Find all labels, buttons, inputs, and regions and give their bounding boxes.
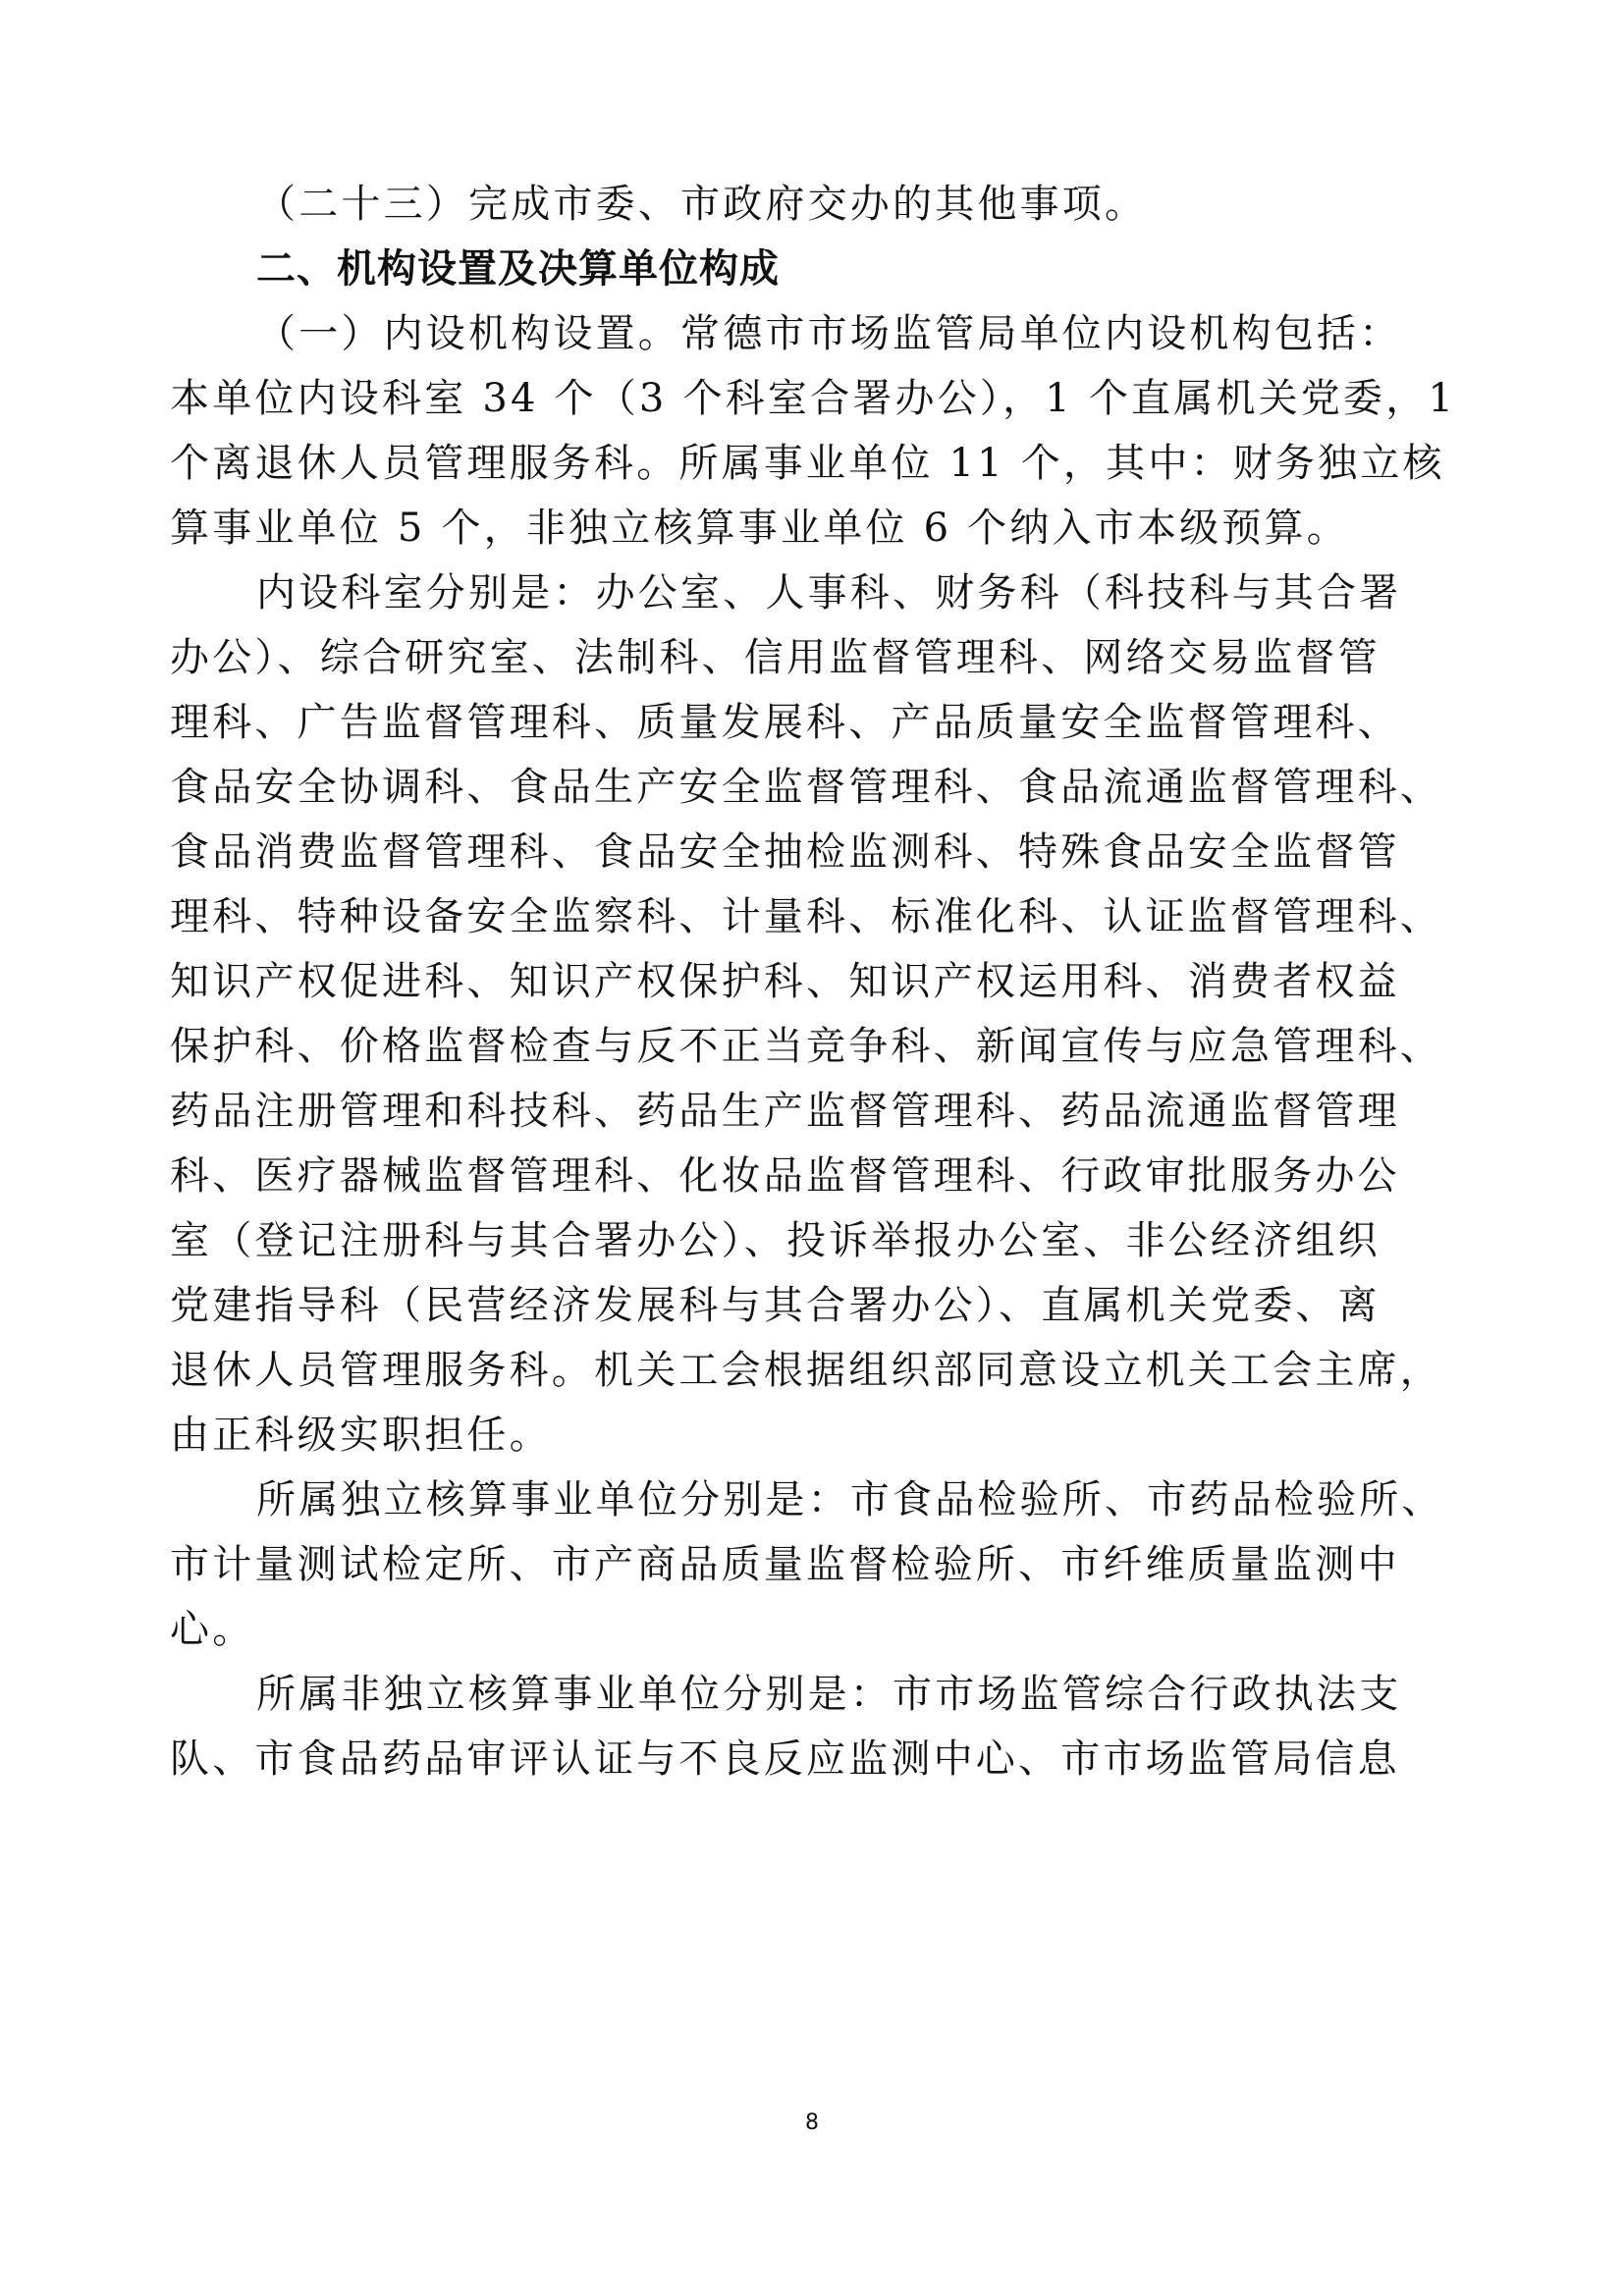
- document-page: （二十三）完成市委、市政府交办的其他事项。二、机构设置及决算单位构成（一）内设机…: [0, 0, 1624, 2296]
- text-line: 算事业单位 5 个，非独立核算事业单位 6 个纳入市本级预算。: [170, 496, 1462, 561]
- text-line: 保护科、价格监督检查与反不正当竞争科、新闻宣传与应急管理科、: [170, 1014, 1462, 1079]
- text-line: （一）内设机构设置。常德市市场监管局单位内设机构包括：: [170, 301, 1462, 366]
- text-line: 科、医疗器械监督管理科、化妆品监督管理科、行政审批服务办公: [170, 1144, 1462, 1208]
- text-line: 队、市食品药品审评认证与不良反应监测中心、市市场监管局信息: [170, 1727, 1462, 1791]
- text-line: 市计量测试检定所、市产商品质量监督检验所、市纤维质量监测中: [170, 1532, 1462, 1597]
- text-line: 食品消费监督管理科、食品安全抽检监测科、特殊食品安全监督管: [170, 820, 1462, 884]
- text-line: 知识产权促进科、知识产权保护科、知识产权运用科、消费者权益: [170, 949, 1462, 1014]
- text-line: 内设科室分别是：办公室、人事科、财务科（科技科与其合署: [170, 561, 1462, 625]
- text-line: 理科、广告监督管理科、质量发展科、产品质量安全监督管理科、: [170, 690, 1462, 755]
- text-line: 办公）、综合研究室、法制科、信用监督管理科、网络交易监督管: [170, 625, 1462, 690]
- text-line: 退休人员管理服务科。机关工会根据组织部同意设立机关工会主席，: [170, 1338, 1462, 1403]
- text-line: 党建指导科（民营经济发展科与其合署办公）、直属机关党委、离: [170, 1273, 1462, 1338]
- page-number: 8: [0, 2110, 1624, 2135]
- text-line: 心。: [170, 1597, 1462, 1662]
- text-line: 理科、特种设备安全监察科、计量科、标准化科、认证监督管理科、: [170, 884, 1462, 949]
- text-line: 本单位内设科室 34 个（3 个科室合署办公），1 个直属机关党委，1: [170, 366, 1462, 431]
- text-line: 所属独立核算事业单位分别是：市食品检验所、市药品检验所、: [170, 1468, 1462, 1532]
- text-line: 由正科级实职担任。: [170, 1403, 1462, 1468]
- text-line: 食品安全协调科、食品生产安全监督管理科、食品流通监督管理科、: [170, 755, 1462, 820]
- text-line: 所属非独立核算事业单位分别是：市市场监管综合行政执法支: [170, 1662, 1462, 1727]
- text-line: 个离退休人员管理服务科。所属事业单位 11 个，其中：财务独立核: [170, 431, 1462, 496]
- text-line: 室（登记注册科与其合署办公）、投诉举报办公室、非公经济组织: [170, 1208, 1462, 1273]
- page-content: （二十三）完成市委、市政府交办的其他事项。二、机构设置及决算单位构成（一）内设机…: [170, 172, 1462, 1791]
- section-heading: 二、机构设置及决算单位构成: [170, 237, 1462, 301]
- text-line: 药品注册管理和科技科、药品生产监督管理科、药品流通监督管理: [170, 1079, 1462, 1144]
- text-line: （二十三）完成市委、市政府交办的其他事项。: [170, 172, 1462, 237]
